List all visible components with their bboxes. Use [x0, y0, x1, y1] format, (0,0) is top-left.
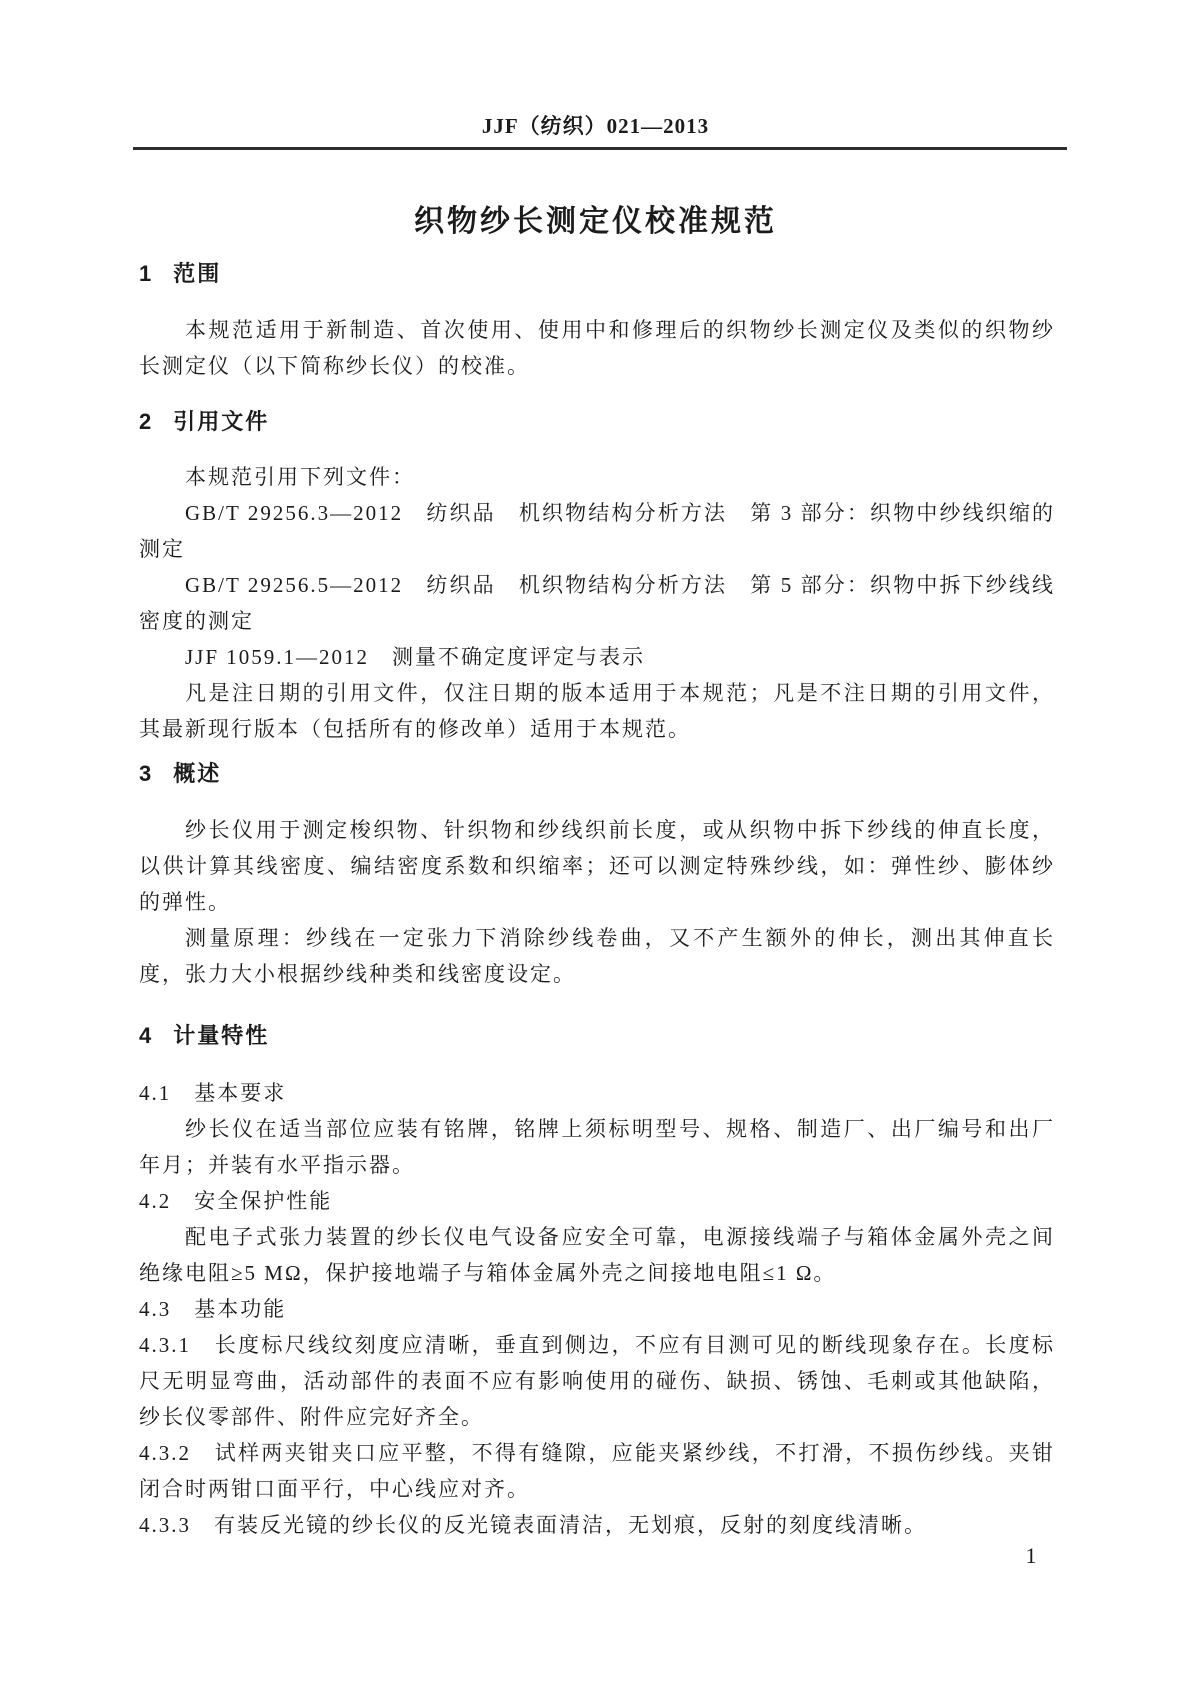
section-heading-scope: 1范围 [139, 256, 1055, 292]
paragraph-clause-4-3-3: 4.3.3 有装反光镜的纱长仪的反光镜表面清洁，无划痕，反射的刻度线清晰。 [139, 1507, 1055, 1543]
section-number: 4 [139, 1023, 153, 1048]
section-title: 计量特性 [173, 1023, 269, 1048]
header-rule [133, 147, 1067, 150]
subsection-heading-safety-protection: 4.2 安全保护性能 [139, 1183, 1055, 1219]
section-heading-references: 2引用文件 [139, 404, 1055, 440]
running-header: JJF（纺织）021—2013 [0, 110, 1191, 140]
paragraph-overview-principle: 测量原理：纱线在一定张力下消除纱线卷曲，又不产生额外的伸长，测出其伸直长度，张力… [139, 920, 1055, 992]
section-number: 3 [139, 761, 153, 786]
section-heading-metrological-characteristics: 4计量特性 [139, 1018, 1055, 1054]
section-number: 1 [139, 261, 153, 286]
paragraph-reference-jjf-1059-1: JJF 1059.1—2012 测量不确定度评定与表示 [139, 639, 1055, 675]
paragraph-overview-usage: 纱长仪用于测定梭织物、针织物和纱线织前长度，或从织物中拆下纱线的伸直长度，以供计… [139, 812, 1055, 920]
section-heading-overview: 3概述 [139, 756, 1055, 792]
paragraph-references-note: 凡是注日期的引用文件，仅注日期的版本适用于本规范；凡是不注日期的引用文件，其最新… [139, 675, 1055, 747]
paragraph-basic-requirements: 纱长仪在适当部位应装有铭牌，铭牌上须标明型号、规格、制造厂、出厂编号和出厂年月；… [139, 1111, 1055, 1183]
paragraph-references-intro: 本规范引用下列文件： [139, 459, 1055, 495]
paragraph-clause-4-3-1: 4.3.1 长度标尺线纹刻度应清晰，垂直到侧边，不应有目测可见的断线现象存在。长… [139, 1327, 1055, 1435]
paragraph-safety-protection: 配电子式张力装置的纱长仪电气设备应安全可靠，电源接线端子与箱体金属外壳之间绝缘电… [139, 1219, 1055, 1291]
section-title: 概述 [173, 761, 221, 786]
page-number: 1 [1016, 1538, 1046, 1574]
subsection-heading-basic-requirements: 4.1 基本要求 [139, 1075, 1055, 1111]
document-body: 1范围 本规范适用于新制造、首次使用、使用中和修理后的织物纱长测定仪及类似的织物… [139, 256, 1055, 1543]
section-title: 引用文件 [173, 409, 269, 434]
paragraph-reference-gbt-29256-3: GB/T 29256.3—2012 纺织品 机织物结构分析方法 第 3 部分：织… [139, 495, 1055, 567]
paragraph-scope: 本规范适用于新制造、首次使用、使用中和修理后的织物纱长测定仪及类似的织物纱长测定… [139, 312, 1055, 384]
section-number: 2 [139, 409, 153, 434]
section-title: 范围 [173, 261, 221, 286]
paragraph-clause-4-3-2: 4.3.2 试样两夹钳夹口应平整，不得有缝隙，应能夹紧纱线，不打滑，不损伤纱线。… [139, 1435, 1055, 1507]
subsection-heading-basic-functions: 4.3 基本功能 [139, 1291, 1055, 1327]
document-title: 织物纱长测定仪校准规范 [0, 196, 1191, 240]
document-page: JJF（纺织）021—2013 织物纱长测定仪校准规范 1范围 本规范适用于新制… [0, 0, 1191, 1684]
paragraph-reference-gbt-29256-5: GB/T 29256.5—2012 纺织品 机织物结构分析方法 第 5 部分：织… [139, 567, 1055, 639]
